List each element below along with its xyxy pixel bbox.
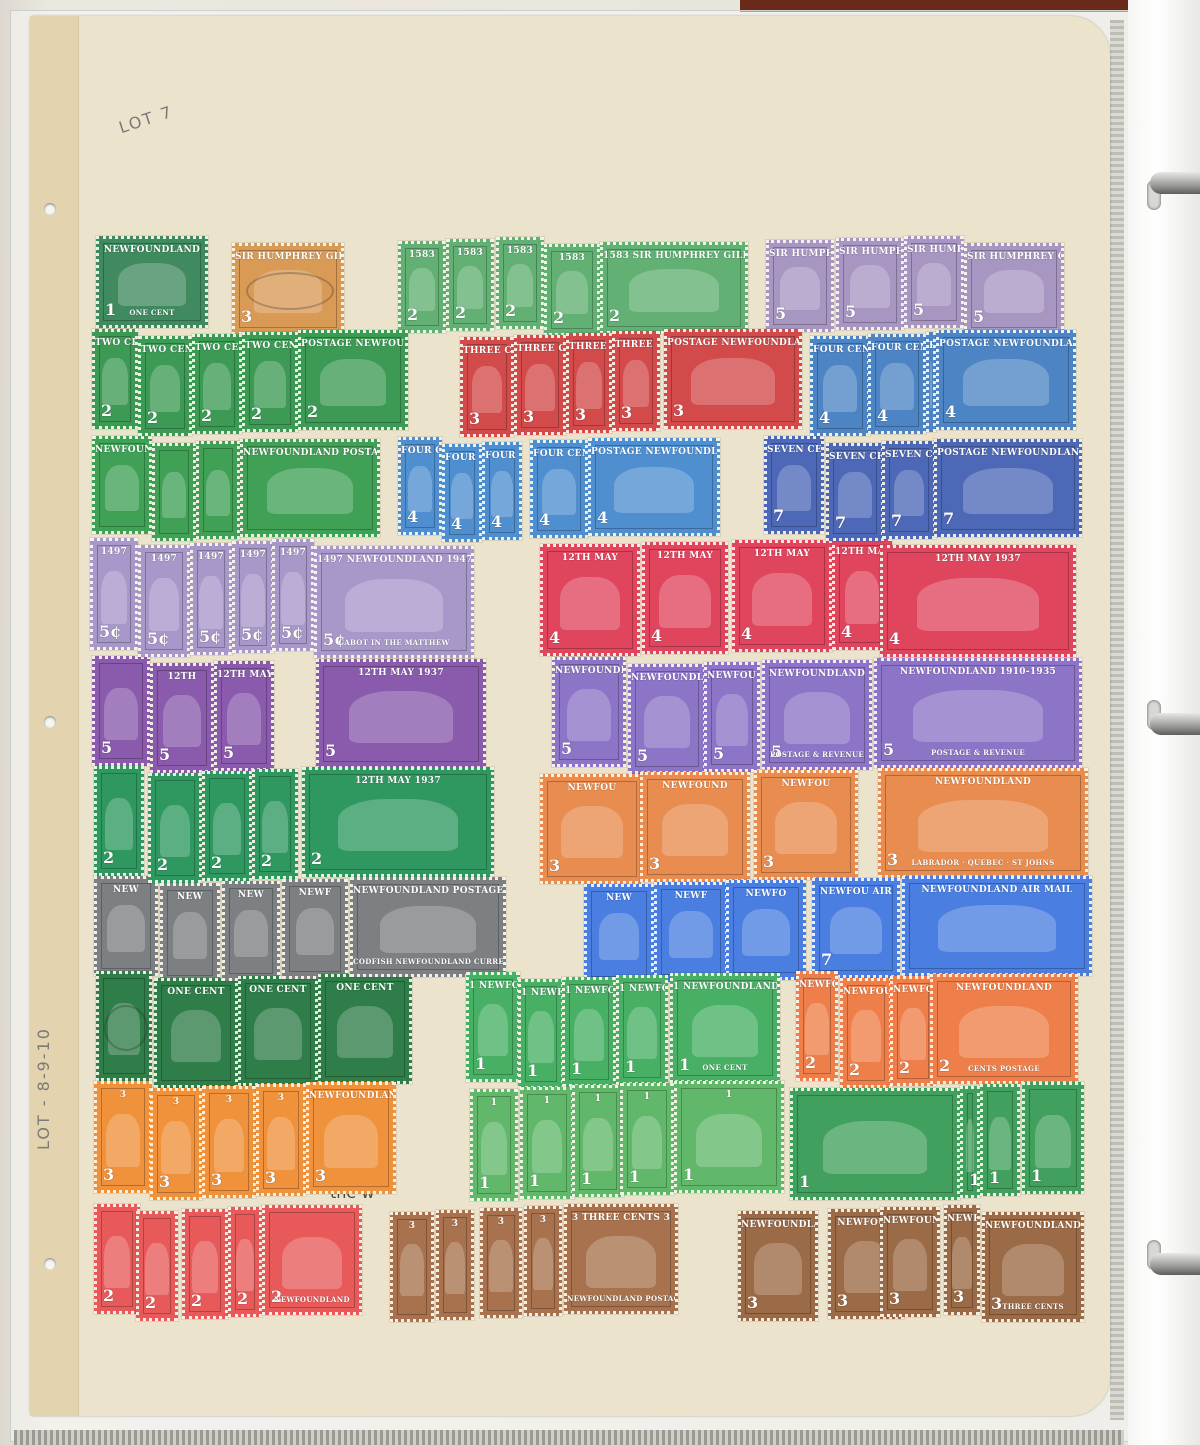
stamp: SIR HUMPHREY GILBERT 1583-1933 NEWFOUNDL… xyxy=(232,243,344,335)
stamp-inscription: NEWFOUNDLAND 1910-1935 xyxy=(877,667,1079,677)
page-hinge xyxy=(30,16,79,1416)
stamp: 2 xyxy=(228,1207,262,1317)
stamp-vignette xyxy=(489,1240,512,1292)
stamp-vignette xyxy=(338,799,457,851)
stamp-inscription: FOUR CENTS xyxy=(445,453,479,463)
stamp: 12TH MAY4 xyxy=(642,542,728,654)
stamp-inscription: 1 NEWFOUNDLAND xyxy=(565,986,613,996)
stamp-inscription: SEVEN CENTS xyxy=(829,452,881,462)
stamp-denomination: 7 xyxy=(943,509,954,528)
stamp-inscription: NEW xyxy=(587,893,651,903)
stamp-denomination: 2 xyxy=(261,851,272,870)
stamp: 5 xyxy=(92,656,150,766)
stamp: NEWFOUNDLAND5 xyxy=(628,664,706,774)
stamp: 3 xyxy=(390,1212,434,1322)
stamp: 1 xyxy=(980,1084,1020,1196)
stamp: THREE CENTS3 xyxy=(460,337,514,437)
stamp: NEWFOUNDLAND2 xyxy=(796,971,838,1081)
stamp-denomination: 7 xyxy=(821,950,832,969)
stamp-denomination: 2 xyxy=(201,406,212,425)
stamp-inscription: 1583 xyxy=(401,250,443,260)
stamp-denomination: 3 xyxy=(315,1166,326,1185)
stamp-vignette xyxy=(561,806,624,858)
stamp-vignette xyxy=(104,1236,130,1288)
stamp-inscription: 3 xyxy=(153,1097,199,1107)
stamp-inscription: SIR HUMPHREY GILBERT 1583 1933 NEWFOUNDL… xyxy=(967,252,1061,262)
stamp-denomination: 2 xyxy=(145,1293,156,1312)
stamp-inscription: ONE CENT xyxy=(321,983,409,993)
binder-ring xyxy=(1150,1253,1200,1275)
stamp-inscription: POSTAGE NEWFOUNDLAND xyxy=(939,339,1073,349)
stamp: SEVEN CENTS7 xyxy=(764,436,824,534)
stamp: POSTAGE NEWFOUNDLAND2 xyxy=(298,330,408,430)
stamp: NEWFOU AIR7 xyxy=(812,878,900,978)
stamp-denomination: 2 xyxy=(157,855,168,874)
stamp-inscription: NEW xyxy=(97,885,155,895)
stamp-vignette xyxy=(105,465,140,511)
stamp-denomination: 1 xyxy=(969,1170,980,1189)
stamp-denomination: 4 xyxy=(549,628,560,647)
stamp-vignette xyxy=(145,1243,168,1295)
stamp-denomination: 5 xyxy=(775,304,786,323)
stamp-inscription: NEWFOUNDLAND xyxy=(799,980,835,990)
stamp-denomination: 2 xyxy=(191,1291,202,1310)
stamp-vignette xyxy=(984,270,1044,313)
stamp-inscription: 1 xyxy=(523,1096,571,1106)
stamp: TWO CENTS2 xyxy=(138,336,192,436)
sleeve-bottom-edge xyxy=(14,1430,1124,1445)
stamp-vignette xyxy=(900,1008,926,1060)
stamp-caption: POSTAGE & REVENUE xyxy=(877,748,1079,757)
stamp: 1 NEWFOUNDLAND1 xyxy=(616,975,668,1085)
stamp-inscription: FOUR CENTS xyxy=(871,343,923,353)
stamp: NEWFOUNDLAND POSTAGE xyxy=(240,439,380,537)
stamp-vignette xyxy=(632,1116,663,1169)
stamp: 2NEWFOUNDLAND xyxy=(262,1205,362,1315)
stamp-vignette xyxy=(930,361,933,408)
stamp: 12TH MAY5 xyxy=(214,661,274,771)
stamp: 2 xyxy=(182,1209,228,1319)
stamp-vignette xyxy=(599,913,640,960)
stamp xyxy=(196,441,240,539)
stamp-vignette xyxy=(574,1009,605,1061)
stamp-vignette xyxy=(241,574,264,627)
stamp-vignette xyxy=(254,1008,301,1060)
stamp-denomination: 7 xyxy=(891,511,902,530)
stamp-caption: NEWFOUNDLAND xyxy=(265,1295,359,1304)
stamp-denomination: 1 xyxy=(625,1057,636,1076)
stamp-vignette xyxy=(938,905,1056,952)
stamp-denomination: 2 xyxy=(211,853,222,872)
punch-hole xyxy=(44,716,56,728)
stamp: NEWFOUNDLAND3 xyxy=(306,1082,396,1194)
stamp-inscription: FOUR CENTS xyxy=(401,446,439,456)
stamp: SEVEN CENTS7 xyxy=(882,441,936,539)
stamp-inscription: TWO CENTS xyxy=(245,341,295,351)
stamp: 1 xyxy=(1022,1082,1084,1194)
stamp-vignette xyxy=(227,693,262,745)
stamp-vignette xyxy=(214,1119,245,1172)
stamp-vignette xyxy=(345,579,444,632)
stamp-denomination: 5 xyxy=(713,744,724,763)
stamp-inscription: ONE CENT xyxy=(241,985,315,995)
stamp-inscription: NEWFO xyxy=(729,889,803,899)
stamp-frame xyxy=(933,339,935,425)
pencil-note-lot-numbers: LOT - 8-9-10 xyxy=(34,1027,53,1150)
stamp: FOUR CENTS4 xyxy=(530,440,588,538)
stamp: NEWFOUN3 xyxy=(880,1207,940,1317)
stamp: THREE CENTS3 xyxy=(514,335,566,435)
stamp-vignette xyxy=(627,1007,656,1059)
stamp-denomination: 1 xyxy=(479,1173,490,1192)
stamp-inscription: NEWFOUNDLAND xyxy=(933,983,1075,993)
stamp-vignette xyxy=(644,696,690,748)
stamp: 2 xyxy=(94,1204,140,1314)
stamp-vignette xyxy=(206,470,230,516)
stamp-denomination: 1 xyxy=(529,1171,540,1190)
stamp-denomination: 2 xyxy=(455,303,466,322)
stamp-denomination: 5 xyxy=(973,307,984,326)
stamp: FOUR CENTS4 xyxy=(926,332,936,432)
stamp-inscription: NEWFOUNDLAND xyxy=(985,1221,1081,1231)
stamp: NEWFOUNDLAND5 xyxy=(552,657,626,767)
stamp-inscription: NEWFOUNDLAND xyxy=(707,671,757,681)
stamp-denomination: 4 xyxy=(597,508,608,527)
stamp-inscription: 1497 xyxy=(93,547,135,557)
stamp-vignette xyxy=(716,694,748,746)
stamp-vignette xyxy=(989,1117,1011,1170)
stamp-denomination: 4 xyxy=(651,626,662,645)
cancellation-mark xyxy=(246,272,335,310)
stamp-inscription: NEWFOUNDLAND xyxy=(99,245,205,255)
stamp-inscription: THREE CENTS xyxy=(463,346,511,356)
stamp-vignette xyxy=(567,689,611,741)
stamp-denomination: 5 xyxy=(561,739,572,758)
stamp-inscription: FOUR CENTS xyxy=(813,345,867,355)
stamp: 1583 SIR HUMPHREY GILBERT 19332 xyxy=(600,242,748,334)
stamp-vignette xyxy=(894,470,925,516)
stamp: THREE CENTS3 xyxy=(566,333,612,433)
stamp-inscription: 1497 xyxy=(275,548,311,558)
stamp-inscription: POSTAGE NEWFOUNDLAND xyxy=(591,447,717,457)
stamp-denomination: 1 xyxy=(989,1168,1000,1187)
stamp-denomination: 3 xyxy=(241,307,252,326)
stamp xyxy=(152,443,196,541)
stamp-vignette xyxy=(586,1236,655,1288)
stamp-vignette xyxy=(623,360,650,407)
stamp: POSTAGE NEWFOUNDLAND4 xyxy=(588,438,720,536)
stamp-inscription: THREE CENTS xyxy=(569,342,609,352)
stamp: 12TH MAY 19374 xyxy=(880,545,1076,657)
stamp: NEWFOUNDLAND5POSTAGE & REVENUE xyxy=(762,660,872,770)
stamp-denomination: 1 xyxy=(527,1061,538,1080)
stamp-inscription: 12TH xyxy=(153,672,211,682)
stamp: NEWFOUND3 xyxy=(640,772,750,882)
stamp: 1497 NEWFOUNDLAND 19475¢CABOT IN THE MAT… xyxy=(314,546,474,658)
stamp-denomination: 2 xyxy=(849,1060,860,1079)
stamp-inscription: ONE CENT xyxy=(157,987,235,997)
stamp-denomination: 5 xyxy=(913,300,924,319)
stamp: NEWFOUNDLAND3LABRADOR · QUEBEC · ST JOHN… xyxy=(878,768,1088,878)
binder-ring xyxy=(1150,172,1200,194)
stamp: 1 NEWFOUNDLAND1 xyxy=(562,977,616,1087)
stamp-inscription: 1497 xyxy=(141,554,187,564)
stamp-denomination: 3 xyxy=(469,409,480,428)
stamp-caption: CODFISH NEWFOUNDLAND CURRENCY xyxy=(353,957,503,966)
stamp-denomination: 1 xyxy=(581,1169,592,1188)
stamp-inscription: 1583 SIR HUMPHREY GILBERT 1933 xyxy=(603,251,745,261)
stamp-vignette xyxy=(254,361,286,408)
stamp-inscription: 3 xyxy=(393,1221,431,1231)
stamp: 3 THREE CENTS 3NEWFOUNDLAND POSTAGE xyxy=(564,1204,678,1314)
stamp-vignette xyxy=(805,1003,828,1055)
stamp-vignette xyxy=(203,363,231,410)
stamp-vignette xyxy=(107,905,144,952)
stamp-caption: CABOT IN THE MATTHEW xyxy=(317,638,471,647)
stamp: THREE CENTS3 xyxy=(612,331,660,431)
stamp: SIR HUMPHREY 15835 xyxy=(836,238,904,330)
stamp-vignette xyxy=(491,471,513,517)
stamp xyxy=(96,971,152,1081)
stamp-vignette xyxy=(614,467,695,513)
cancellation-mark xyxy=(104,1005,148,1051)
stamp-vignette xyxy=(236,1239,254,1291)
stamp-denomination: 4 xyxy=(841,622,852,641)
stamp-inscription: 3 xyxy=(259,1093,303,1103)
stamp-denomination: 4 xyxy=(539,510,550,529)
stamp-vignette xyxy=(952,1237,971,1289)
stamp-vignette xyxy=(160,805,191,857)
stamp-inscription: NEWFOU xyxy=(757,779,855,789)
stamp-vignette xyxy=(696,1114,763,1167)
stamp-denomination: 4 xyxy=(491,512,502,531)
stamp: 1 NEWFOUNDLAND1 xyxy=(518,979,564,1089)
stamp: 15832 xyxy=(446,239,494,331)
stamp: POSTAGE NEWFOUNDLAND7 xyxy=(934,439,1082,537)
stamp: 1 NEWFOUNDLAND1 xyxy=(466,972,520,1082)
stamp: 15832 xyxy=(398,241,446,333)
stamp: ONE CENT xyxy=(238,976,318,1086)
stamp-inscription: 12TH MAY 1937 xyxy=(305,776,491,786)
stamp-denomination: 4 xyxy=(741,624,752,643)
stamp-vignette xyxy=(963,359,1049,406)
stamp: NEWFOU3 xyxy=(754,770,858,880)
stamp: ONE CENT xyxy=(154,978,238,1088)
stamp-inscription: TWO CENTS xyxy=(141,345,189,355)
stamp-inscription: 1 xyxy=(623,1092,671,1102)
stamp: NEWFOUNDLAND AIR MAIL xyxy=(902,876,1092,976)
stamp-denomination: 2 xyxy=(407,305,418,324)
stamp: NEWFOUNDLAND xyxy=(92,436,152,534)
stamp-inscription: SIR HUMPHREY GILBERT 1583-1933 NEWFOUNDL… xyxy=(235,252,341,262)
stamp-inscription: NEWF xyxy=(285,888,345,898)
stamp-denomination: 3 xyxy=(265,1168,276,1187)
stamp-caption: POSTAGE & REVENUE xyxy=(765,750,869,759)
stamp-denomination: 5 xyxy=(845,302,856,321)
stamp: 12TH5 xyxy=(150,663,214,773)
stamp: FOUR CENTS4 xyxy=(482,442,522,540)
stamp: 3 xyxy=(524,1206,562,1316)
stamp: POSTAGE NEWFOUNDLAND3 xyxy=(664,329,802,429)
stamp-denomination: 2 xyxy=(307,402,318,421)
stamp-inscription: 3 xyxy=(527,1215,559,1225)
stamp-vignette xyxy=(161,1121,190,1174)
stamp-caption: ONE CENT xyxy=(673,1063,777,1072)
stamp-denomination: 3 xyxy=(763,852,774,871)
stamp-inscription: THREE CENTS xyxy=(615,340,657,350)
stamp-vignette xyxy=(838,472,871,518)
stamp-denomination: 3 xyxy=(103,1165,114,1184)
stamp-inscription: NEWFOUNDLAND xyxy=(309,1091,393,1101)
stamp-denomination: 4 xyxy=(451,514,462,533)
stamp: 14975¢ xyxy=(90,538,138,650)
stamp-vignette xyxy=(754,1243,801,1295)
stamp-vignette xyxy=(163,695,200,747)
stamp-vignette xyxy=(101,571,128,624)
stamp-inscription: 12TH MAY 1937 xyxy=(319,668,483,678)
stamp: FOUR CENTS4 xyxy=(868,334,926,434)
stamp-inscription: 3 xyxy=(439,1219,471,1229)
stamp-denomination: 1 xyxy=(1031,1166,1042,1185)
stamp-vignette xyxy=(118,263,186,306)
stamp-vignette xyxy=(532,1120,563,1173)
stamp-vignette xyxy=(752,573,812,626)
stamp: 11 xyxy=(674,1081,784,1193)
stamp-inscription: NEWFOUNDLAND AIR MAIL xyxy=(905,885,1089,895)
stamp: NEWFOUNDLAND1ONE CENT xyxy=(96,236,208,328)
stamp-vignette xyxy=(830,907,883,954)
stamp-inscription: NEWFOU xyxy=(543,783,641,793)
stamp-inscription: 12TH MAY 1937 xyxy=(883,554,1073,564)
stamp-inscription: 1497 xyxy=(235,550,271,560)
stamp-vignette xyxy=(150,365,181,412)
stamp-vignette xyxy=(669,911,713,958)
stamp-vignette xyxy=(742,909,789,956)
stamp-inscription: NEWFOUNDLAND POSTAGE xyxy=(353,886,503,896)
stamp: 1 xyxy=(790,1088,960,1200)
stamp-vignette xyxy=(149,578,178,631)
stamp: ONE CENT xyxy=(318,974,412,1084)
stamp: 11 xyxy=(620,1083,674,1195)
stamp-inscription: NEWF xyxy=(657,891,725,901)
stamp: 1 xyxy=(960,1086,980,1198)
stamp-caption: CENTS POSTAGE xyxy=(933,1064,1075,1073)
stamp-denomination: 1 xyxy=(571,1059,582,1078)
stamp-vignette xyxy=(337,1006,393,1058)
stamp-denomination: 3 xyxy=(159,1172,170,1191)
stamp-inscription: 1583 xyxy=(449,248,491,258)
stamp-vignette xyxy=(533,1238,554,1290)
stamp-inscription: POSTAGE NEWFOUNDLAND xyxy=(667,338,799,348)
stamp-inscription: 3 THREE CENTS 3 xyxy=(567,1213,675,1223)
stamp-inscription: NEWFOUN xyxy=(883,1216,937,1226)
stamp-inscription: 1497 xyxy=(193,552,229,562)
stamp-inscription: NEWF xyxy=(947,1214,977,1224)
stamp: 14975¢ xyxy=(232,541,274,653)
stamp-inscription: TWO CENTS xyxy=(95,338,135,348)
stamp: 33 xyxy=(256,1084,306,1196)
stamp-vignette xyxy=(267,468,353,514)
stamp-vignette xyxy=(349,691,454,743)
stamp: 33 xyxy=(94,1081,152,1193)
stamp-vignette xyxy=(380,906,476,953)
stamp: 3 xyxy=(480,1208,522,1318)
stamp-inscription: 3 xyxy=(483,1217,519,1227)
stamp-vignette xyxy=(102,358,128,405)
stamp-inscription: 1 xyxy=(473,1098,515,1108)
stamp: 2 xyxy=(136,1211,178,1321)
stamp-denomination: 2 xyxy=(237,1289,248,1308)
stamp: 14975¢ xyxy=(272,539,314,651)
stamp-denomination: 3 xyxy=(211,1170,222,1189)
stamp-inscription: THREE CENTS xyxy=(517,344,563,354)
stamp: NEW xyxy=(160,883,220,983)
stamp-inscription: NEW xyxy=(163,892,217,902)
stamp-caption: NEWFOUNDLAND POSTAGE xyxy=(567,1294,675,1303)
stamp: 1 NEWFOUNDLAND 11ONE CENT xyxy=(670,973,780,1083)
stamp-inscription: 12TH MAY xyxy=(645,551,725,561)
stamp: SIR HUMPHREY GILBERT 1583 1933 NEWFOUNDL… xyxy=(964,243,1064,335)
stamp-inscription: 3 xyxy=(97,1090,149,1100)
stamp-vignette xyxy=(583,1118,612,1171)
stamp-denomination: 3 xyxy=(953,1287,964,1306)
stamp-vignette xyxy=(880,363,913,410)
stamp-vignette xyxy=(691,358,776,405)
punch-hole xyxy=(44,203,56,215)
stamp-denomination: 2 xyxy=(103,1286,114,1305)
stamp-vignette xyxy=(105,798,133,850)
stamp-inscription: NEWFOUNDLAND xyxy=(843,987,889,997)
stamp-denomination: 5 xyxy=(637,746,648,765)
stamp-inscription: 1583 xyxy=(547,253,597,263)
album-photo: LOT 7 LOT - 8-9-10 NEWFOUNDLAND1ONE CENT… xyxy=(0,0,1200,1445)
stamp: NEWFOU3 xyxy=(540,774,644,884)
stamp-denomination: 5 xyxy=(159,745,170,764)
stamp-denomination: 2 xyxy=(609,306,620,325)
stamp-inscription: 1 NEWFOUNDLAND xyxy=(521,988,561,998)
stamp: 11 xyxy=(470,1089,518,1201)
stamp-denomination: 5 xyxy=(101,738,112,757)
stamp-inscription: SEVEN CENTS xyxy=(767,445,821,455)
stamp: 2 xyxy=(94,766,144,876)
stamp-inscription: NEWFOU AIR xyxy=(815,887,897,897)
stamp-vignette xyxy=(692,1005,759,1057)
stamp-inscription: POSTAGE NEWFOUNDLAND xyxy=(937,448,1079,458)
stamp-inscription: SIR HUMPHREY 1583 xyxy=(907,245,961,255)
stamp-denomination: 2 xyxy=(805,1053,816,1072)
stamp-vignette xyxy=(917,578,1039,631)
stamp-denomination: 4 xyxy=(877,406,888,425)
stamp-denomination: 2 xyxy=(251,404,262,423)
stamp: NEWFO xyxy=(726,880,806,980)
stamp-denomination: 3 xyxy=(575,405,586,424)
stamp-vignette xyxy=(481,1122,508,1175)
stamp-inscription: NEW xyxy=(225,890,277,900)
stamp: TWO CENTS2 xyxy=(242,332,298,432)
stamp-denomination: 5¢ xyxy=(99,622,121,641)
punch-hole xyxy=(44,1258,56,1270)
stamp-denomination: 7 xyxy=(773,506,784,525)
stamp-vignette xyxy=(262,801,288,853)
stamp-vignette xyxy=(1002,1244,1063,1296)
stamp-vignette xyxy=(913,690,1042,742)
stamp: NEWFOUNDLAND POSTAGECODFISH NEWFOUNDLAND… xyxy=(350,877,506,977)
stamp-denomination: 3 xyxy=(673,401,684,420)
stamp-denomination: 2 xyxy=(147,408,158,427)
stamp-inscription: 1 xyxy=(575,1094,621,1104)
stamp-vignette xyxy=(267,1117,295,1170)
stamp-vignette xyxy=(851,1010,880,1062)
